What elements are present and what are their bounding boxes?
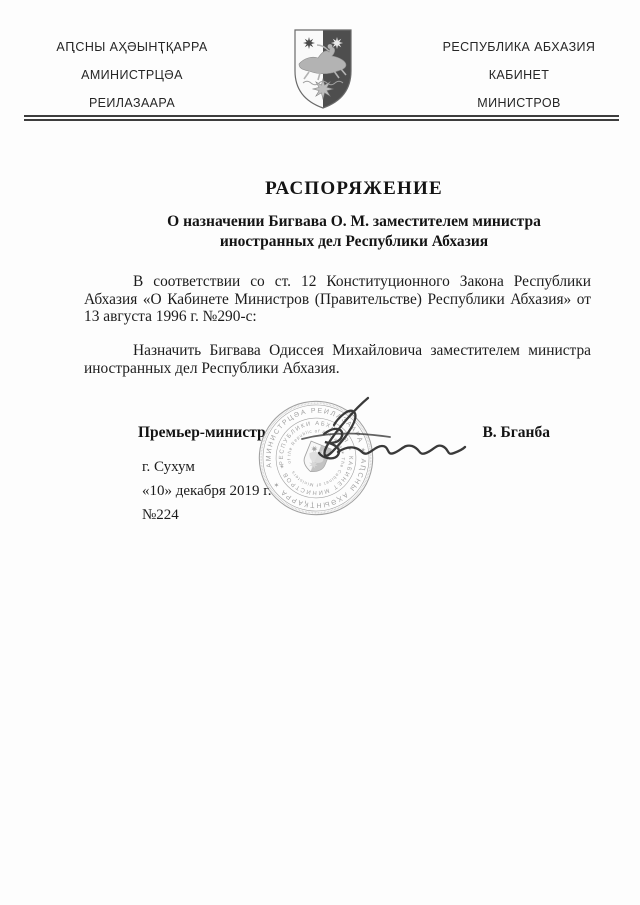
header-left-line-3: РЕИЛАЗААРА [42,89,222,117]
coat-of-arms-icon [289,27,357,116]
header-left-line-2: АМИНИСТРЦӘА [42,61,222,89]
signatory-name: В. Бганба [482,423,550,443]
header-right-line-2: КАБИНЕТ [424,61,614,89]
doc-subtitle-line-1: О назначении Бигвава О. М. заместителем … [84,212,624,232]
doc-subtitle-line-2: иностранных дел Республики Абхазия [84,232,624,252]
doc-number: №224 [142,503,640,527]
header-right-line-3: МИНИСТРОВ [424,89,614,117]
doc-date: «10» декабря 2019 г. [142,479,640,503]
header-left-org: АԤСНЫ АҲӘЫНҬҚАРРА АМИНИСТРЦӘА РЕИЛАЗААРА [42,33,222,117]
header-right-org: РЕСПУБЛИКА АБХАЗИЯ КАБИНЕТ МИНИСТРОВ [424,33,614,117]
paragraph-resolution: Назначить Бигвава Одиссея Михайловича за… [84,342,591,377]
signature-icon [272,392,472,482]
document-page: АԤСНЫ АҲӘЫНҬҚАРРА АМИНИСТРЦӘА РЕИЛАЗААРА [0,0,640,905]
paragraph-legal-basis: В соответствии со ст. 12 Конституционног… [84,273,591,326]
header-right-line-1: РЕСПУБЛИКА АБХАЗИЯ [424,33,614,61]
doc-subtitle: О назначении Бигвава О. М. заместителем … [84,212,624,252]
doc-title: РАСПОРЯЖЕНИЕ [84,178,624,200]
doc-header: АԤСНЫ АҲӘЫНҬҚАРРА АМИНИСТРЦӘА РЕИЛАЗААРА [0,0,640,112]
header-left-line-1: АԤСНЫ АҲӘЫНҬҚАРРА [42,33,222,61]
